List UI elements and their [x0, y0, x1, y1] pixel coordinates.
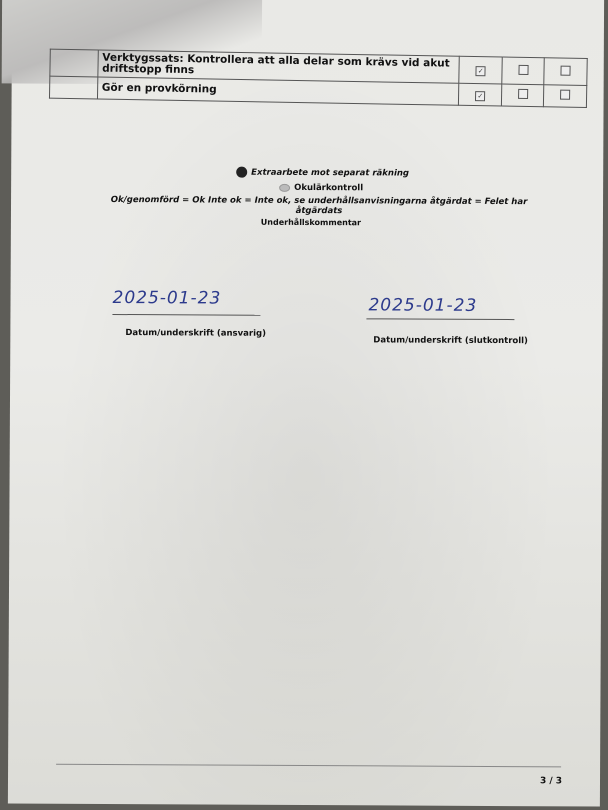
- legend-extra-work: Extraarbete mot separat räkning: [236, 167, 409, 179]
- legend-visual-check: Okulärkontroll: [279, 183, 363, 193]
- eye-icon: [279, 183, 290, 191]
- signature-label-responsible: Datum/underskrift (ansvarig): [125, 328, 266, 339]
- not-ok-checkbox[interactable]: [518, 64, 528, 74]
- fixed-checkbox[interactable]: [561, 65, 571, 75]
- fixed-checkbox[interactable]: [560, 90, 570, 100]
- signature-responsible: 2025-01-23: [112, 288, 221, 309]
- page-number: 3 / 3: [540, 776, 562, 786]
- signature-label-final-check: Datum/underskrift (slutkontroll): [373, 335, 528, 346]
- not-ok-checkbox[interactable]: [518, 89, 528, 99]
- comment-heading: Underhållskommentar: [231, 218, 391, 228]
- footer-divider: [56, 764, 561, 768]
- document-page: Verktygssats: Kontrollera att alla delar…: [8, 0, 604, 807]
- filled-circle-icon: [236, 167, 247, 178]
- ok-checkbox[interactable]: ✓: [476, 66, 486, 76]
- signature-line-final-check: [366, 318, 514, 320]
- checklist-table: Verktygssats: Kontrollera att alla delar…: [49, 49, 588, 108]
- ok-checkbox[interactable]: ✓: [475, 91, 485, 101]
- signature-line-responsible: [112, 314, 260, 316]
- legend-explanation: Ok/genomförd = Ok Inte ok = Inte ok, se …: [109, 195, 529, 217]
- signature-final-check: 2025-01-23: [368, 295, 477, 316]
